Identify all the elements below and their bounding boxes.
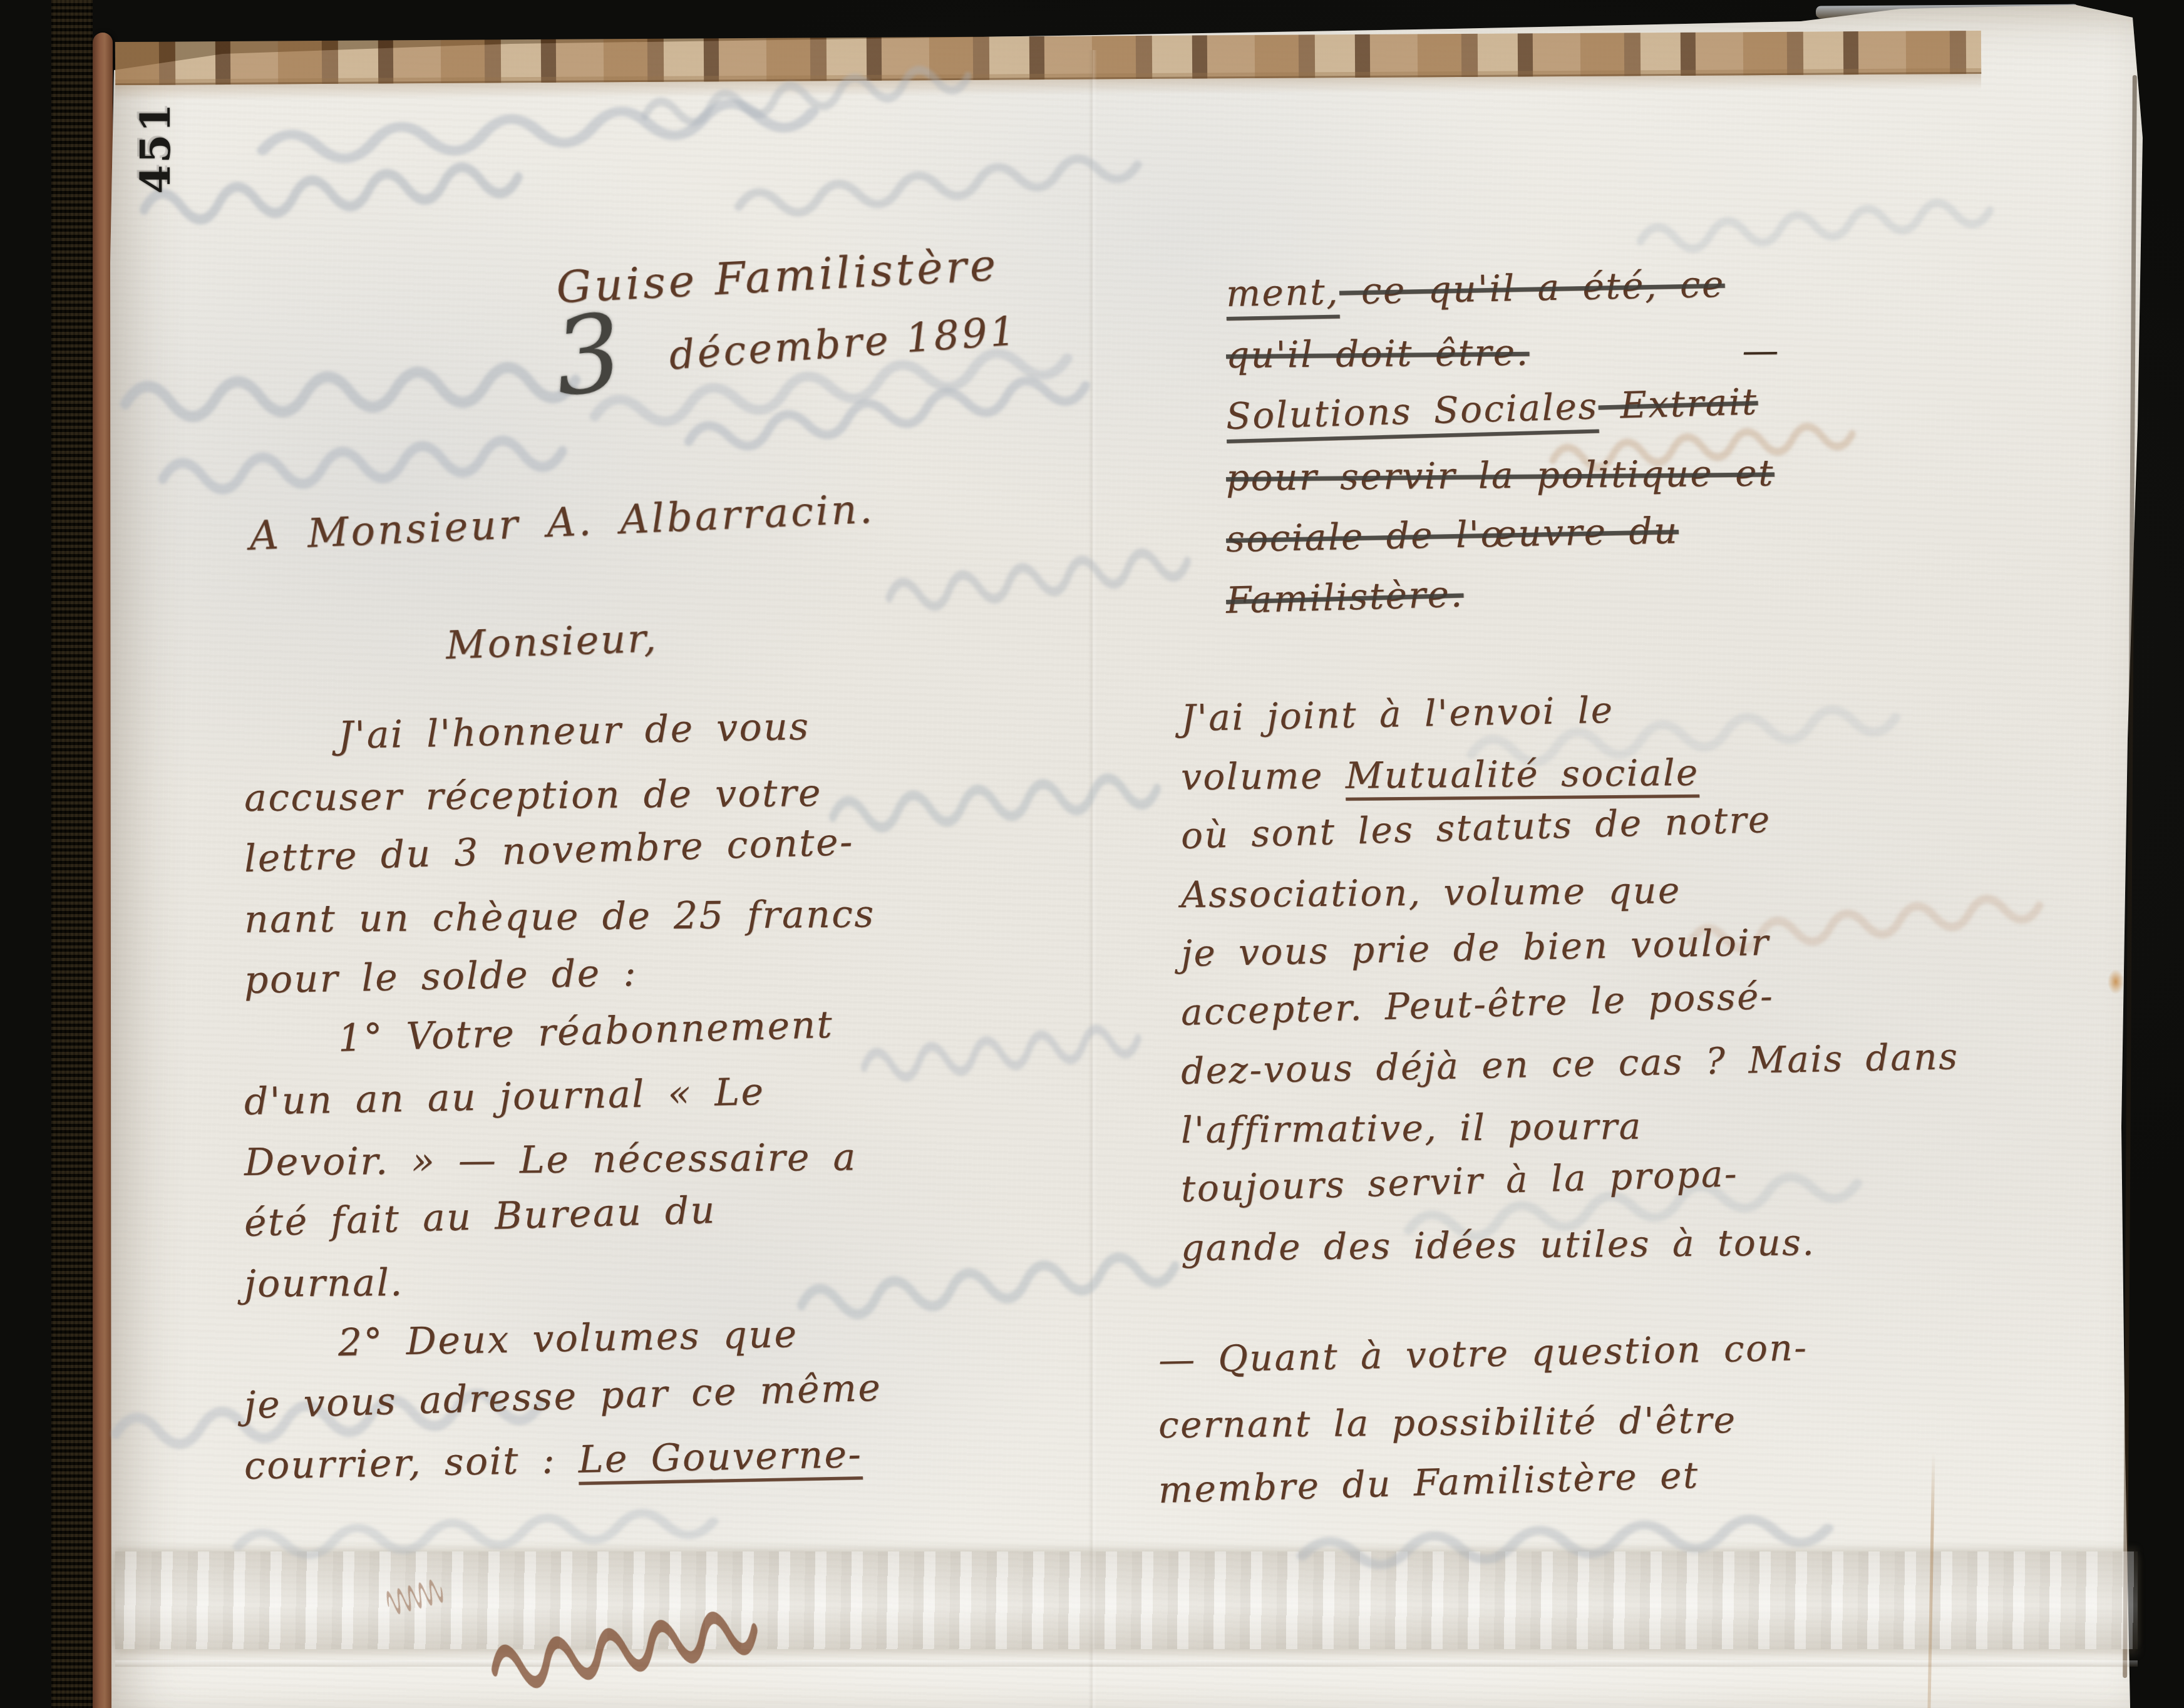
- handwritten-segment: J'ai l'honneur de vous: [337, 705, 810, 758]
- handwritten-segment: membre du Familistère et: [1158, 1454, 1699, 1511]
- salutation: Monsieur,: [445, 615, 659, 668]
- handwritten-line: J'ai l'honneur de vous: [244, 695, 882, 768]
- handwritten-segment: courrier, soit :: [244, 1438, 579, 1488]
- scanned-letterbook-photo: { "colors": { "ink": "#5d3a27", "pencil"…: [0, 0, 2184, 1708]
- handwritten-line: d'un an au journal « Le: [244, 1059, 882, 1133]
- handwritten-line: ment, ce qu'il a été, ce: [1225, 252, 1781, 324]
- handwritten-segment: nant un chèque de 25 francs: [244, 892, 875, 942]
- bottom-crease-line: [115, 1660, 2138, 1667]
- handwritten-segment: été fait au Bureau du: [244, 1188, 717, 1245]
- handwritten-segment: Familistère.: [1225, 572, 1464, 622]
- struck-title-block: ment, ce qu'il a été, cequ'il doit être.…: [1226, 263, 1780, 631]
- bottom-wrinkle-band: [115, 1551, 2138, 1649]
- handwritten-segment: où sont les statuts de notre: [1180, 798, 1771, 857]
- handwritten-segment: ment,: [1225, 270, 1339, 315]
- handwritten-segment: Extrait: [1598, 380, 1759, 427]
- handwritten-line: gande des idées utiles à tous.: [1181, 1212, 1959, 1277]
- handwritten-segment: qu'il doit être.: [1226, 331, 1530, 376]
- folio-number-stamp: 451: [105, 98, 205, 198]
- handwritten-segment: d'un an au journal « Le: [244, 1070, 765, 1124]
- handwritten-segment: je vous prie de bien vouloir: [1180, 921, 1770, 975]
- handwritten-segment: 1° Votre réabonnement: [337, 1003, 834, 1061]
- handwritten-segment: — Quant à votre question con-: [1158, 1326, 1808, 1381]
- left-column-body: J'ai l'honneur de vousaccuser réception …: [244, 707, 882, 1497]
- handwritten-segment: Devoir. » — Le nécessaire a: [244, 1135, 857, 1185]
- handwritten-segment: accuser réception de votre: [244, 771, 822, 820]
- spine-leather-strip: [93, 33, 113, 1708]
- handwritten-segment: pour servir la politique et: [1226, 451, 1774, 499]
- handwritten-segment: cernant la possibilité d'être: [1158, 1399, 1737, 1446]
- question-paragraph: — Quant à votre question con-cernant la …: [1158, 1327, 1808, 1523]
- handwritten-line: pour servir la politique et: [1226, 442, 1781, 508]
- handwritten-segment: accepter. Peut-être le possé-: [1180, 975, 1774, 1034]
- handwritten-segment: l'affirmative, il pourra: [1181, 1105, 1642, 1151]
- handwritten-segment: gande des idées utiles à tous.: [1181, 1221, 1816, 1269]
- handwritten-segment: 2° Deux volumes que: [337, 1312, 798, 1365]
- handwritten-segment: journal.: [244, 1261, 404, 1306]
- handwritten-segment: lettre du 3 novembre conte-: [244, 820, 855, 881]
- center-fold-crease: [1088, 50, 1097, 1708]
- handwritten-segment: Mutualité sociale: [1346, 751, 1699, 797]
- handwritten-segment: pour le solde de :: [244, 951, 637, 1002]
- handwritten-segment: dez-vous déjà en ce cas ? Mais dans: [1180, 1035, 1959, 1093]
- handwritten-segment: volume: [1181, 754, 1346, 798]
- handwritten-line: courrier, soit : Le Gouverne-: [244, 1424, 882, 1497]
- handwritten-segment: sociale de l'œuvre du: [1225, 509, 1679, 560]
- handwritten-segment: ce qu'il a été, ce: [1339, 263, 1725, 313]
- handwritten-segment: toujours servir à la propa-: [1180, 1152, 1739, 1210]
- handwritten-segment: je vous adresse par ce même: [244, 1366, 882, 1428]
- book-spine-cloth: [51, 0, 93, 1708]
- handwritten-segment: Le Gouverne-: [578, 1433, 863, 1482]
- handwritten-segment: Association, volume que: [1181, 869, 1681, 916]
- stain-dot: [2108, 969, 2124, 994]
- handwritten-segment: —: [1742, 329, 1780, 372]
- handwritten-line: — Quant à votre question con-: [1158, 1315, 1808, 1392]
- handwritten-segment: J'ai joint à l'envoi le: [1180, 689, 1614, 739]
- handwritten-segment: Solutions Sociales: [1225, 384, 1599, 438]
- envoi-paragraph: J'ai joint à l'envoi levolume Mutualité …: [1181, 689, 1959, 1277]
